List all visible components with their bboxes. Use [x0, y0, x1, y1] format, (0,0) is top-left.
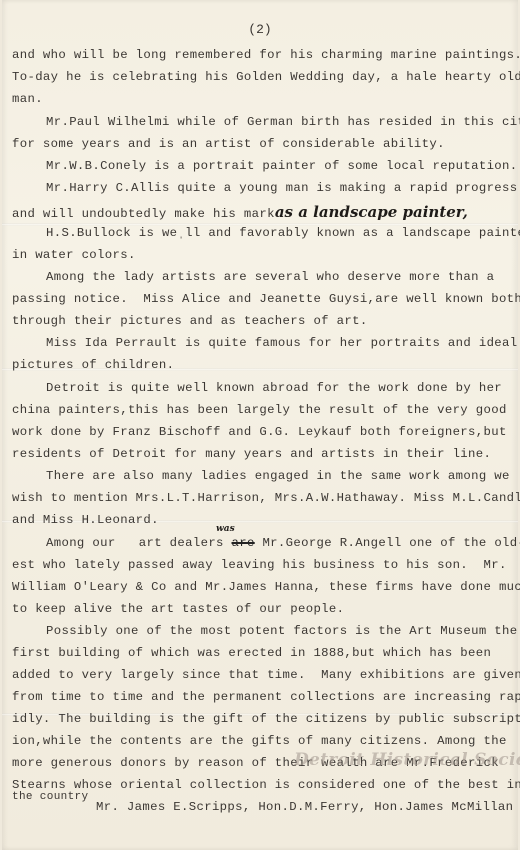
text-line: Mr.Paul Wilhelmi while of German birth h… — [46, 115, 520, 129]
text-line: to keep alive the art tastes of our peop… — [12, 602, 344, 616]
text-line: idly. The building is the gift of the ci… — [12, 712, 520, 726]
text-line-inserted: the country — [12, 791, 88, 803]
typed-text: Mr.George R.Angell one of the old- — [255, 536, 520, 550]
watermark: Detroit Historical Society — [294, 750, 520, 770]
text-line: To-day he is celebrating his Golden Wedd… — [12, 70, 520, 84]
text-line: Stearns whose oriental collection is con… — [12, 778, 520, 792]
text-line: Possibly one of the most potent factors … — [46, 624, 518, 638]
text-line: Detroit is quite well known abroad for t… — [46, 381, 502, 395]
text-line: passing notice. Miss Alice and Jeanette … — [12, 292, 520, 306]
text-line: and who will be long remembered for his … — [12, 48, 520, 62]
text-line: and will undoubtedly make his markas a l… — [12, 203, 468, 221]
text-line: Mr.W.B.Conely is a portrait painter of s… — [46, 159, 518, 173]
text-line: There are also many ladies engaged in th… — [46, 469, 510, 483]
text-line: china painters,this has been largely the… — [12, 403, 507, 417]
text-line: Among the lady artists are several who d… — [46, 270, 494, 284]
text-line: for some years and is an artist of consi… — [12, 137, 445, 151]
text-line: and Miss H.Leonard. — [12, 513, 159, 527]
text-line: H.S.Bullock is weˌll and favorably known… — [46, 226, 520, 240]
text-line: from time to time and the permanent coll… — [12, 690, 520, 704]
handwritten-insertion: was — [216, 524, 235, 534]
text-line: first building of which was erected in 1… — [12, 646, 491, 660]
struck-text: are — [232, 536, 255, 550]
text-line: Miss Ida Perrault is quite famous for he… — [46, 336, 518, 350]
document-page: (2) and who will be long remembered for … — [2, 0, 518, 850]
text-line: William O'Leary & Co and Mr.James Hanna,… — [12, 580, 520, 594]
text-line: Mr. James E.Scripps, Hon.D.M.Ferry, Hon.… — [96, 800, 513, 814]
text-line: ion,while the contents are the gifts of … — [12, 734, 507, 748]
typed-text: Among our art dealers — [46, 536, 224, 550]
text-line: est who lately passed away leaving his b… — [12, 558, 507, 572]
text-line: in water colors. — [12, 248, 136, 262]
text-line: Among our art dealers are Mr.George R.An… — [46, 536, 520, 550]
text-line: added to very largely since that time. M… — [12, 668, 520, 682]
text-line: work done by Franz Bischoff and G.G. Ley… — [12, 425, 507, 439]
typed-text: and will undoubtedly make his mark — [12, 207, 275, 221]
handwritten-annotation: as a landscape painter, — [275, 203, 468, 221]
text-line: wish to mention Mrs.L.T.Harrison, Mrs.A.… — [12, 491, 520, 505]
text-line: Mr.Harry C.Allis quite a young man is ma… — [46, 181, 518, 195]
text-line: residents of Detroit for many years and … — [12, 447, 491, 461]
text-line: through their pictures and as teachers o… — [12, 314, 368, 328]
text-line: man. — [12, 92, 43, 106]
text-line: pictures of children. — [12, 358, 174, 372]
page-number: (2) — [2, 22, 518, 37]
